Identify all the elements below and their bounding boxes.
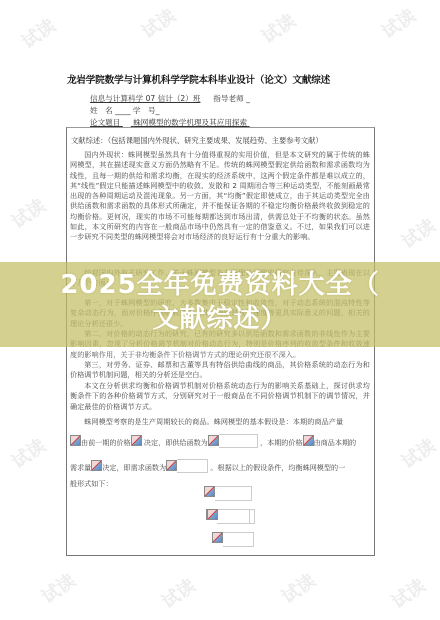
- broken-image-icon: [207, 509, 218, 520]
- thesis-title-label: 论文题目: [90, 118, 120, 127]
- class-info: 信息与计算科学 07 信计（2）班: [90, 94, 200, 103]
- image-frame: [223, 532, 254, 547]
- watermark: 试读: [376, 2, 420, 44]
- broken-image-icon: [166, 460, 177, 471]
- paragraph-model-assumption: 蛛网模型考察的是生产周期较长的商品。蛛网模型的基本假设是：本期的商品产量: [70, 416, 370, 427]
- student-id-label: 学 号_: [133, 106, 160, 115]
- watermark: 试读: [276, 567, 320, 609]
- broken-image-icon: [91, 460, 102, 471]
- image-frame: [218, 509, 255, 524]
- watermark: 试读: [36, 567, 80, 609]
- meta-class-row: 信息与计算科学 07 信计（2）班 指导老师 _: [90, 93, 250, 104]
- watermark: 试读: [6, 432, 50, 474]
- name-label: 姓 名 ____: [90, 106, 130, 115]
- formula-line-supply: 由前一期的价格 决定，即供给函数为 ，本期的价格由商品本期的: [70, 434, 356, 448]
- formula-line-demand: 需求量决定，即需求函数为 。根据以上的假设条件，均衡蛛网模型的一: [70, 459, 345, 473]
- watermark: 试读: [6, 192, 50, 234]
- watermark: 试读: [386, 572, 430, 614]
- watermark: 试读: [396, 212, 440, 254]
- equation-image-3: [207, 509, 255, 524]
- image-frame: [177, 459, 208, 473]
- promo-banner-line-1: 2025全年免费资料大全（: [0, 268, 440, 302]
- broken-image-icon: [212, 532, 223, 543]
- review-heading: 文献综述：（包括课题国内外现状、研究主要成果、发展趋势、主要参考文献）: [71, 136, 323, 146]
- document-title: 龙岩学院数学与计算机科学学院本科毕业设计（论文）文献综述: [67, 72, 387, 86]
- equation-image-1: [204, 486, 252, 501]
- watermark: 试读: [16, 12, 60, 54]
- watermark: 试读: [396, 432, 440, 474]
- meta-name-row: 姓 名 ____ 学 号_: [90, 105, 159, 116]
- watermark: 试读: [156, 572, 200, 614]
- broken-image-icon: [208, 435, 219, 446]
- promo-banner-text[interactable]: 2025全年免费资料大全（ 文献综述）: [0, 268, 440, 336]
- paragraph-approach: 本文在分析供求均衡和价格调节机制对价格系统动态行为的影响关系基础上，探讨供求均衡…: [70, 381, 370, 412]
- promo-banner-line-2: 文献综述）: [0, 302, 440, 336]
- image-frame: [219, 434, 258, 448]
- broken-image-icon: [303, 435, 314, 446]
- broken-image-icon: [70, 435, 81, 446]
- advisor-label: 指导老师 _: [213, 94, 250, 103]
- broken-image-icon: [131, 435, 142, 446]
- paragraph-third: 第三，对劳务、证券、邮票和古董等具有特俗供给曲线的商品，其价格系统的动态行为和价…: [70, 360, 370, 381]
- formula-line-general: 般形式如下：: [70, 479, 113, 489]
- watermark: 试读: [136, 2, 180, 44]
- equation-image-4: [212, 532, 254, 547]
- image-frame: [215, 486, 252, 501]
- watermark: 试读: [256, 7, 300, 49]
- paragraph-current-status: 国内外现状：蛛网模型虽然具有十分值得重视的实用价值，但是本文研究的属于传统的蛛网…: [70, 150, 370, 243]
- broken-image-icon: [204, 486, 215, 497]
- thesis-title: 蛛网模型的数学机理及其应用探索: [133, 118, 247, 127]
